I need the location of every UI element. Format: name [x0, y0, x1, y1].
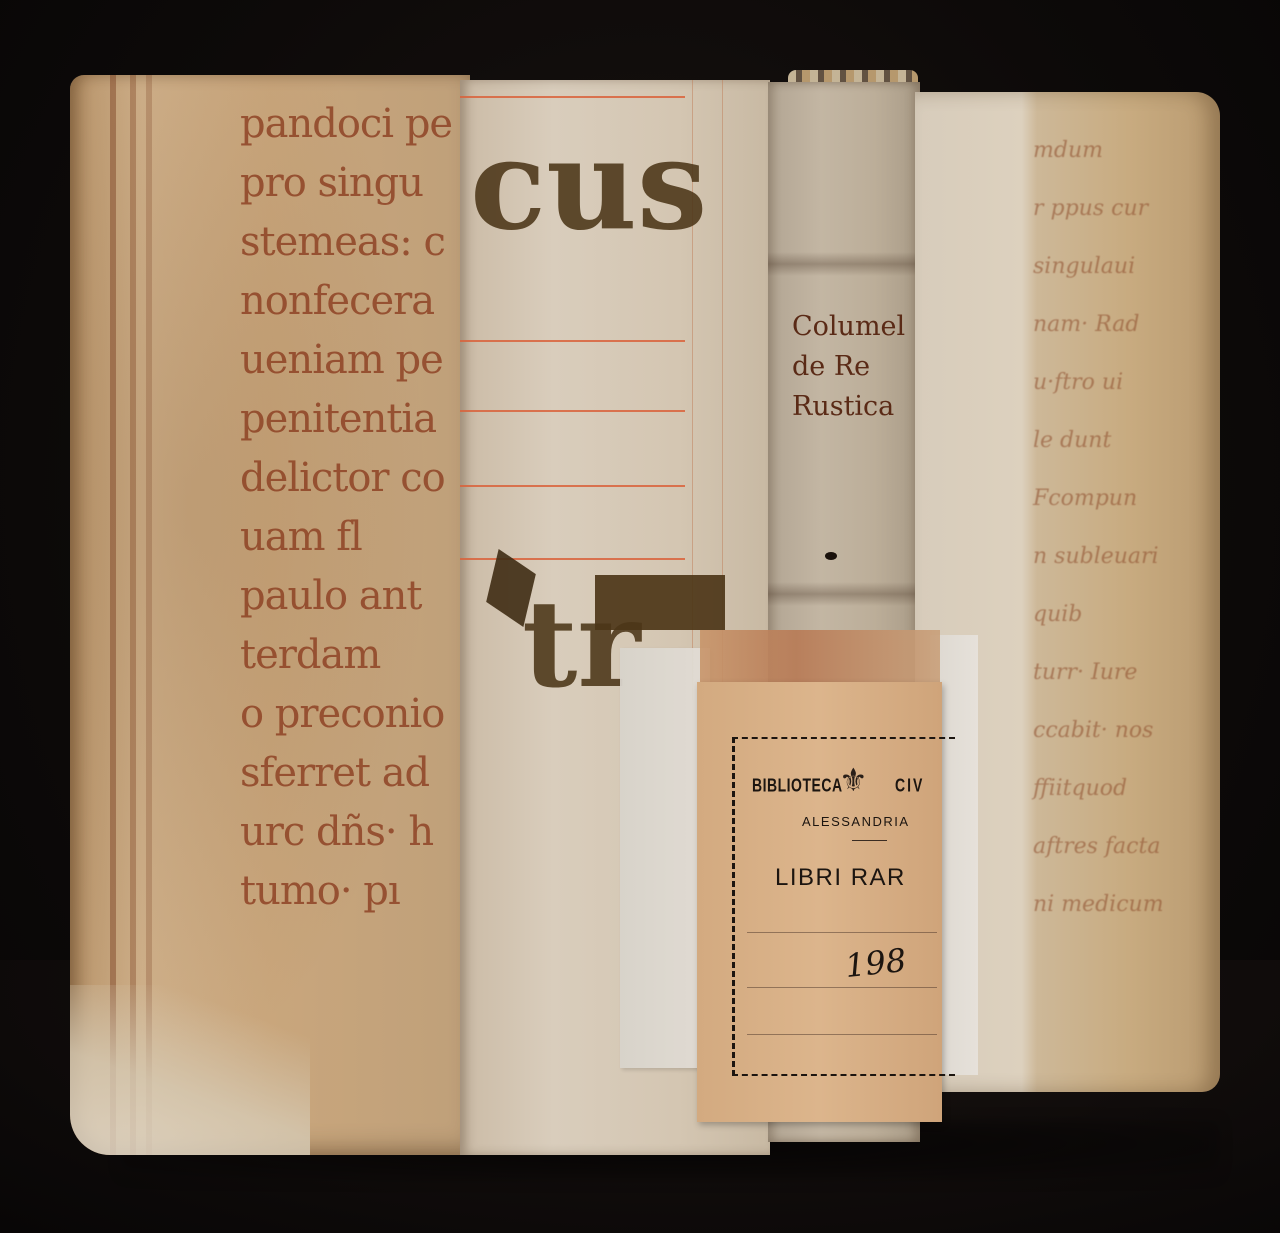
label-ruled-line [747, 987, 937, 988]
label-ruled-line [747, 1034, 937, 1035]
manuscript-line: aftres facta [1033, 818, 1213, 876]
manuscript-line: stemeas: c [240, 213, 470, 272]
manuscript-line: ueniam pe [240, 331, 470, 390]
manuscript-line: nam· Rad [1033, 296, 1213, 354]
manuscript-line: Fcompun [1033, 470, 1213, 528]
manuscript-line: tumo· pı [240, 862, 470, 921]
spine-title-line: de Re [792, 347, 922, 387]
manuscript-line: sferret ad [240, 744, 470, 803]
manuscript-line: pro singu [240, 154, 470, 213]
coat-of-arms-icon: ⚜ [839, 764, 868, 796]
spine-band [768, 582, 920, 606]
manuscript-line: nonfecera [240, 272, 470, 331]
staff-line [460, 96, 685, 98]
manuscript-line: delictor co [240, 449, 470, 508]
label-heading-left: BIBLIOTECA [752, 775, 843, 796]
manuscript-line: ffiitquod [1033, 760, 1213, 818]
manuscript-line: ccabit· nos [1033, 702, 1213, 760]
label-ruled-line [747, 932, 937, 933]
manuscript-line: penitentia [240, 390, 470, 449]
gothic-letters-top: cus [470, 120, 707, 250]
manuscript-line: pandoci pe [240, 95, 470, 154]
staff-line [460, 558, 685, 560]
manuscript-line: ni medicum [1033, 876, 1213, 934]
manuscript-line: o preconio [240, 685, 470, 744]
manuscript-text-front: mdum r ppus cur singulaui nam· Rad u·ftr… [1033, 122, 1213, 934]
manuscript-line: terdam [240, 626, 470, 685]
manuscript-line: le dunt [1033, 412, 1213, 470]
staff-line [460, 485, 685, 487]
manuscript-text-back: pandoci pe pro singu stemeas: c nonfecer… [240, 95, 470, 921]
back-cover-vellum: pandoci pe pro singu stemeas: c nonfecer… [70, 75, 470, 1155]
manuscript-line: r ppus cur [1033, 180, 1213, 238]
manuscript-line: quib [1033, 586, 1213, 644]
manuscript-line: urc dñs· h [240, 803, 470, 862]
manuscript-line: turr· Iure [1033, 644, 1213, 702]
manuscript-line: uam fl [240, 508, 470, 567]
staff-line [460, 410, 685, 412]
manuscript-line: n subleuari [1033, 528, 1213, 586]
label-collection: LIBRI RAR [775, 864, 906, 892]
label-heading-right: CIV [895, 775, 924, 796]
manuscript-line: paulo ant [240, 567, 470, 626]
staff-line [460, 340, 685, 342]
torn-label-layers [700, 630, 940, 690]
book-photograph: pandoci pe pro singu stemeas: c nonfecer… [0, 0, 1280, 1233]
spine-title-line: Columel [792, 307, 922, 347]
spine-title-line: Rustica [792, 387, 922, 427]
library-label: BIBLIOTECA ⚜ CIV ALESSANDRIA LIBRI RAR 1… [697, 682, 942, 1122]
label-city: ALESSANDRIA [802, 814, 910, 829]
label-divider [852, 840, 887, 841]
worm-hole [825, 552, 837, 560]
spine-title: Columel de Re Rustica [792, 307, 922, 427]
manuscript-line: u·ftro ui [1033, 354, 1213, 412]
manuscript-line: mdum [1033, 122, 1213, 180]
manuscript-line: singulaui [1033, 238, 1213, 296]
label-shelf-number: 198 [843, 941, 908, 985]
spine-band [768, 252, 920, 276]
